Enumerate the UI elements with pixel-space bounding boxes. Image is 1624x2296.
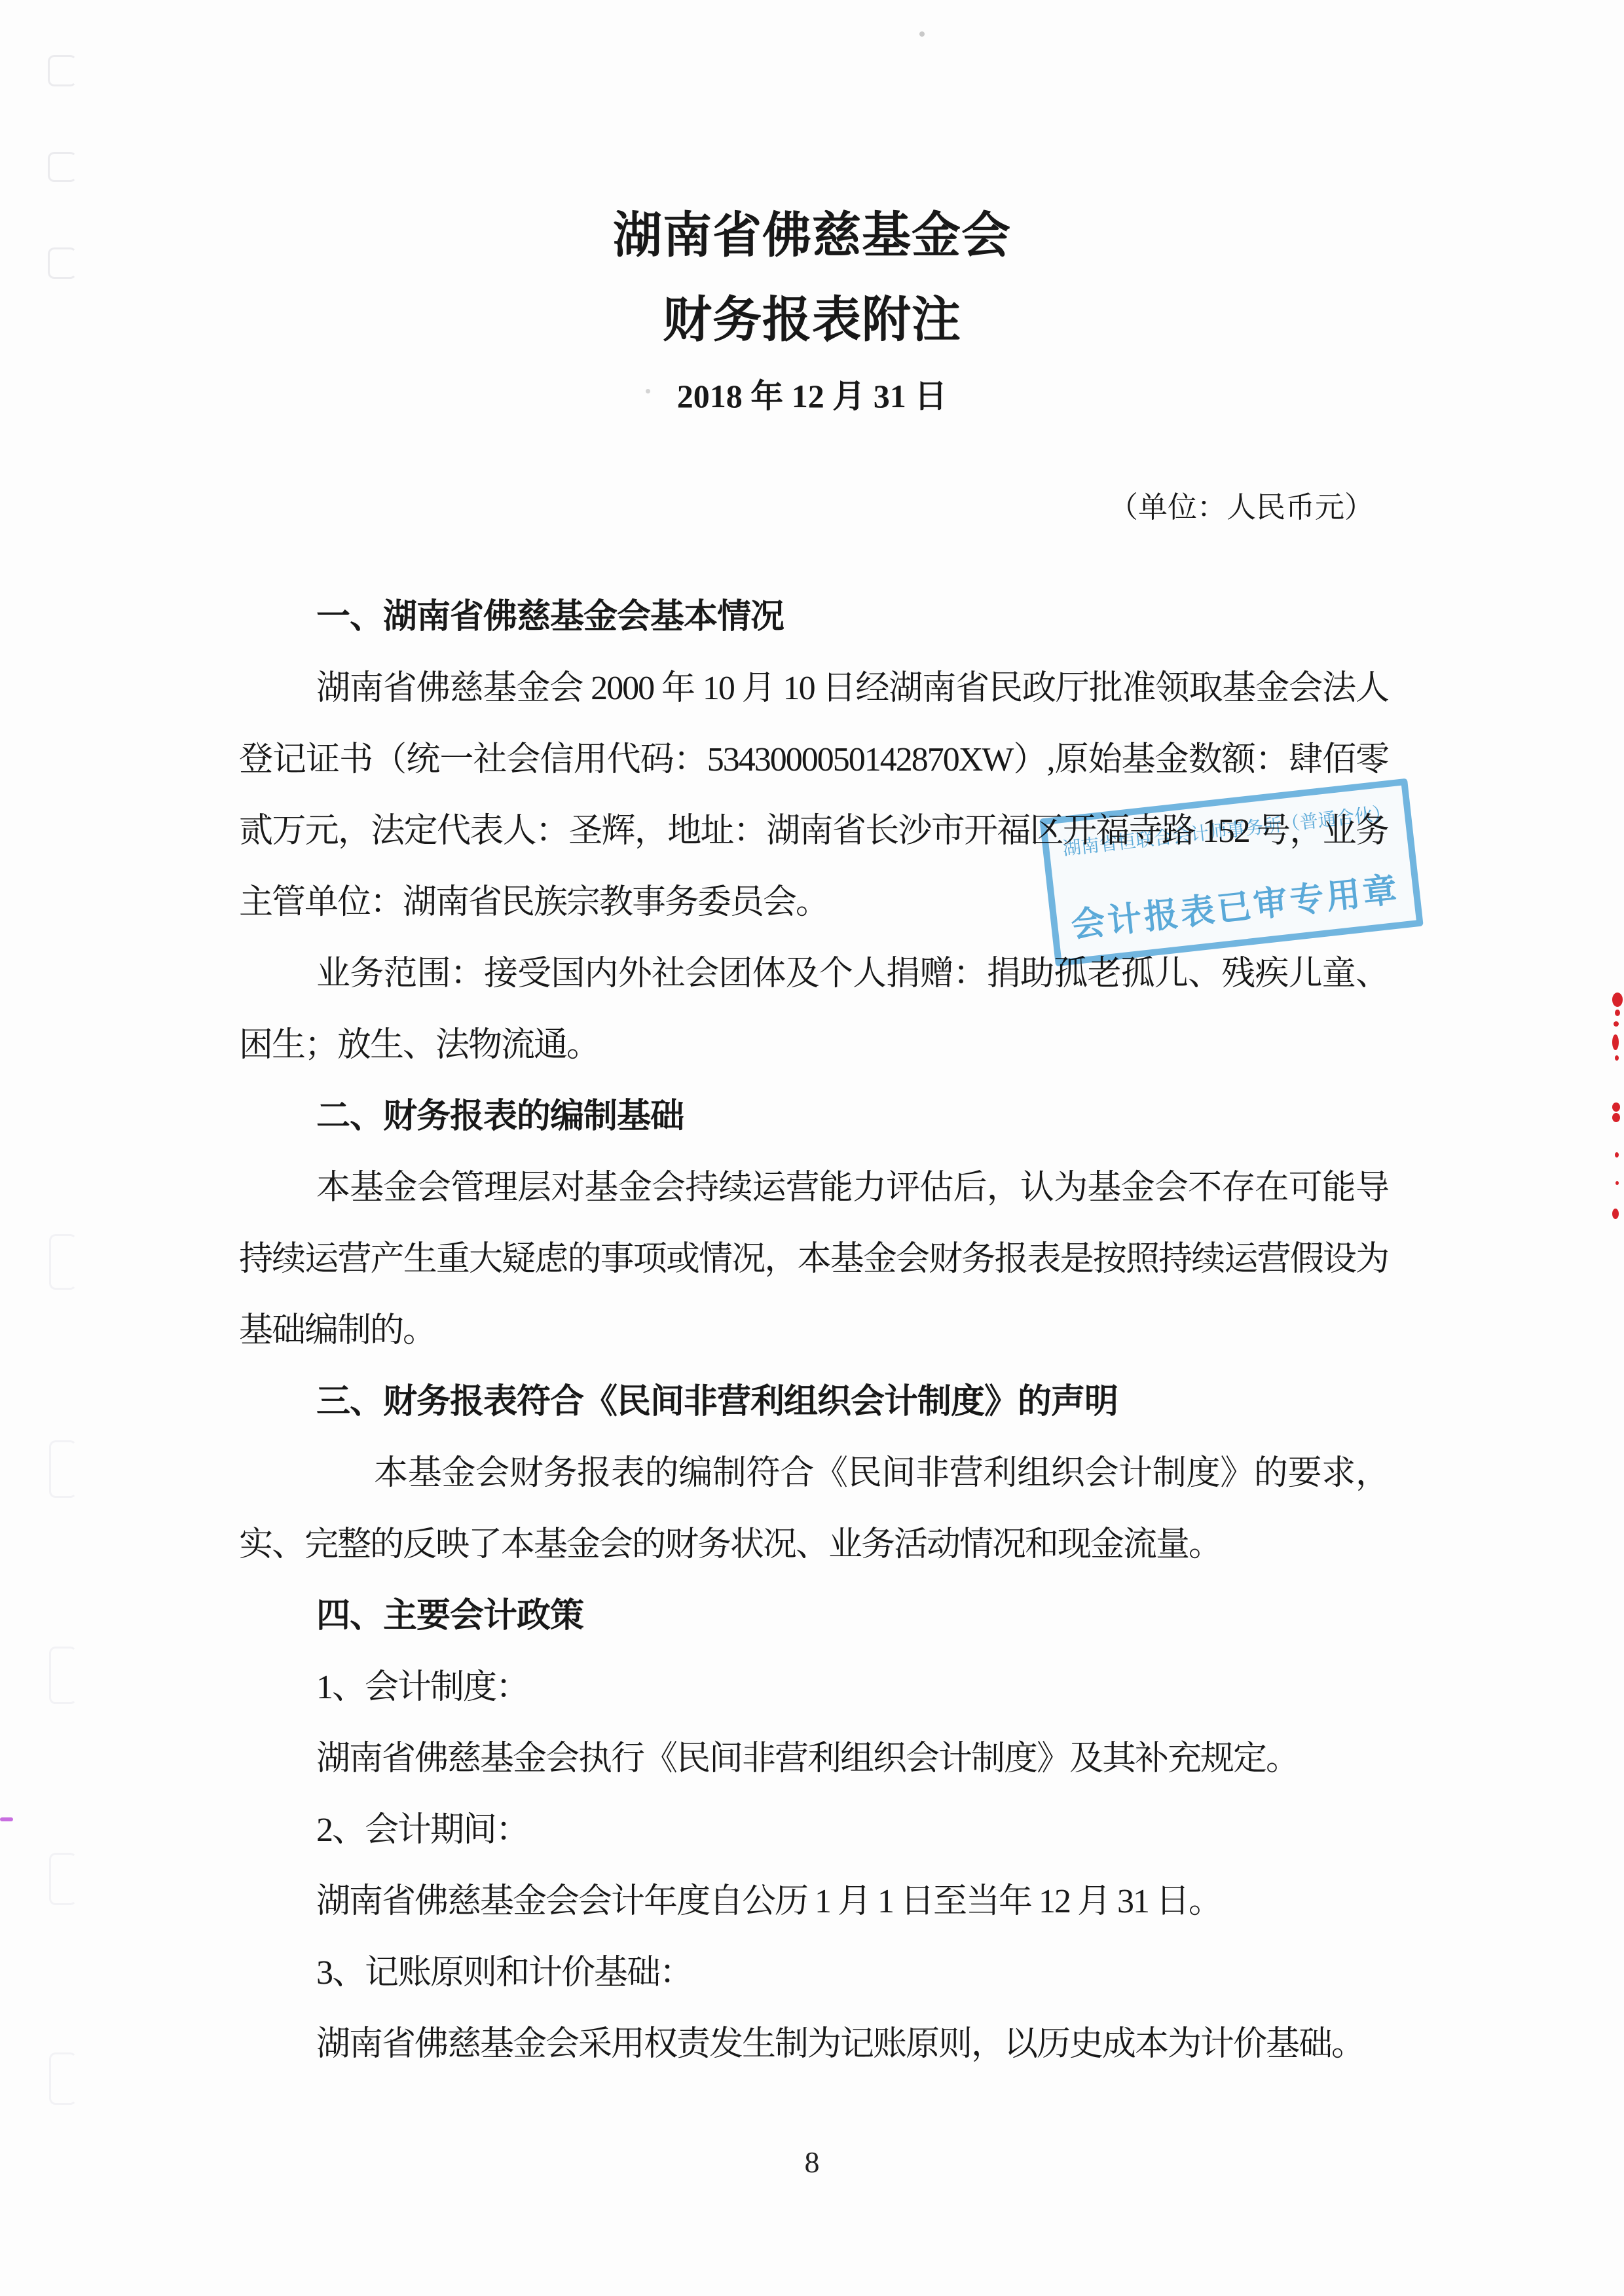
body-line: 湖南省佛慈基金会执行《民间非营利组织会计制度》及其补充规定。 [239, 1723, 1388, 1795]
red-edge-mark [1615, 1181, 1619, 1185]
body-line: 实、完整的反映了本基金会的财务状况、业务活动情况和现金流量。 [239, 1509, 1388, 1580]
currency-unit-note: （单位：人民币元） [1109, 493, 1374, 522]
red-edge-mark [1614, 1021, 1619, 1027]
body-line: 湖南省佛慈基金会采用权责发生制为记账原则，以历史成本为计价基础。 [239, 2009, 1388, 2080]
body-line: 2、会计期间： [239, 1795, 1388, 1866]
red-edge-mark [1612, 1034, 1619, 1050]
body-line: 湖南省佛慈基金会会计年度自公历 1 月 1 日至当年 12 月 31 日。 [239, 1866, 1388, 1937]
document-date: 2018 年 12 月 31 日 [0, 380, 1624, 412]
red-edge-mark [1615, 1010, 1620, 1016]
body-line: 持续运营产生重大疑虑的事项或情况，本基金会财务报表是按照持续运营假设为 [239, 1224, 1388, 1295]
scan-artifact [49, 1853, 77, 1905]
scan-artifact [48, 55, 77, 86]
body-line: 3、记账原则和计价基础： [239, 1937, 1388, 2009]
body-line: 业务范围：接受国内外社会团体及个人捐赠：捐助孤老孤儿、残疾儿童、贫 [239, 938, 1388, 1010]
body-line: 困生；放生、法物流通。 [239, 1010, 1388, 1081]
body-line: 1、会计制度： [239, 1652, 1388, 1723]
body-line: 本基金会管理层对基金会持续运营能力评估后，认为基金会不存在可能导致 [239, 1152, 1388, 1224]
scan-artifact [49, 1440, 77, 1498]
document-title: 湖南省佛慈基金会 [0, 211, 1624, 261]
section-heading-4: 四、主要会计政策 [239, 1580, 1388, 1652]
page-number: 8 [0, 2147, 1624, 2178]
body-line: 湖南省佛慈基金会 2000 年 10 月 10 日经湖南省民政厅批准领取基金会法… [239, 653, 1388, 724]
red-edge-mark [1612, 1102, 1620, 1112]
auditor-stamp-firm-name: 湖南省恒联合会计师事务所（普通合伙） [1062, 804, 1392, 860]
section-heading-2: 二、财务报表的编制基础 [239, 1081, 1388, 1152]
red-edge-mark [1615, 1152, 1619, 1157]
document-subtitle: 财务报表附注 [0, 296, 1624, 345]
scan-artifact [49, 1234, 77, 1290]
scanned-document-page: 湖南省佛慈基金会 财务报表附注 2018 年 12 月 31 日 （单位：人民币… [0, 0, 1624, 2296]
scan-artifact [49, 1647, 77, 1704]
red-edge-mark [1615, 1055, 1619, 1061]
auditor-stamp-seal-text: 会计报表已审专用章 [1069, 871, 1401, 945]
section-heading-3: 三、财务报表符合《民间非营利组织会计制度》的声明 [239, 1366, 1388, 1438]
body-line: 本基金会财务报表的编制符合《民间非营利组织会计制度》的要求，真 [239, 1438, 1388, 1509]
scan-artifact [48, 152, 77, 182]
body-line: 基础编制的。 [239, 1295, 1388, 1366]
body-line: 登记证书（统一社会信用代码：5343000050142870XW）,原始基金数额… [239, 724, 1388, 795]
scan-speck [0, 1817, 13, 1821]
section-heading-1: 一、湖南省佛慈基金会基本情况 [239, 581, 1388, 653]
scan-artifact [49, 2052, 77, 2105]
red-edge-mark [1612, 1209, 1619, 1219]
red-edge-mark [1612, 1113, 1620, 1122]
scan-speck [919, 31, 925, 37]
red-edge-mark [1612, 993, 1623, 1007]
